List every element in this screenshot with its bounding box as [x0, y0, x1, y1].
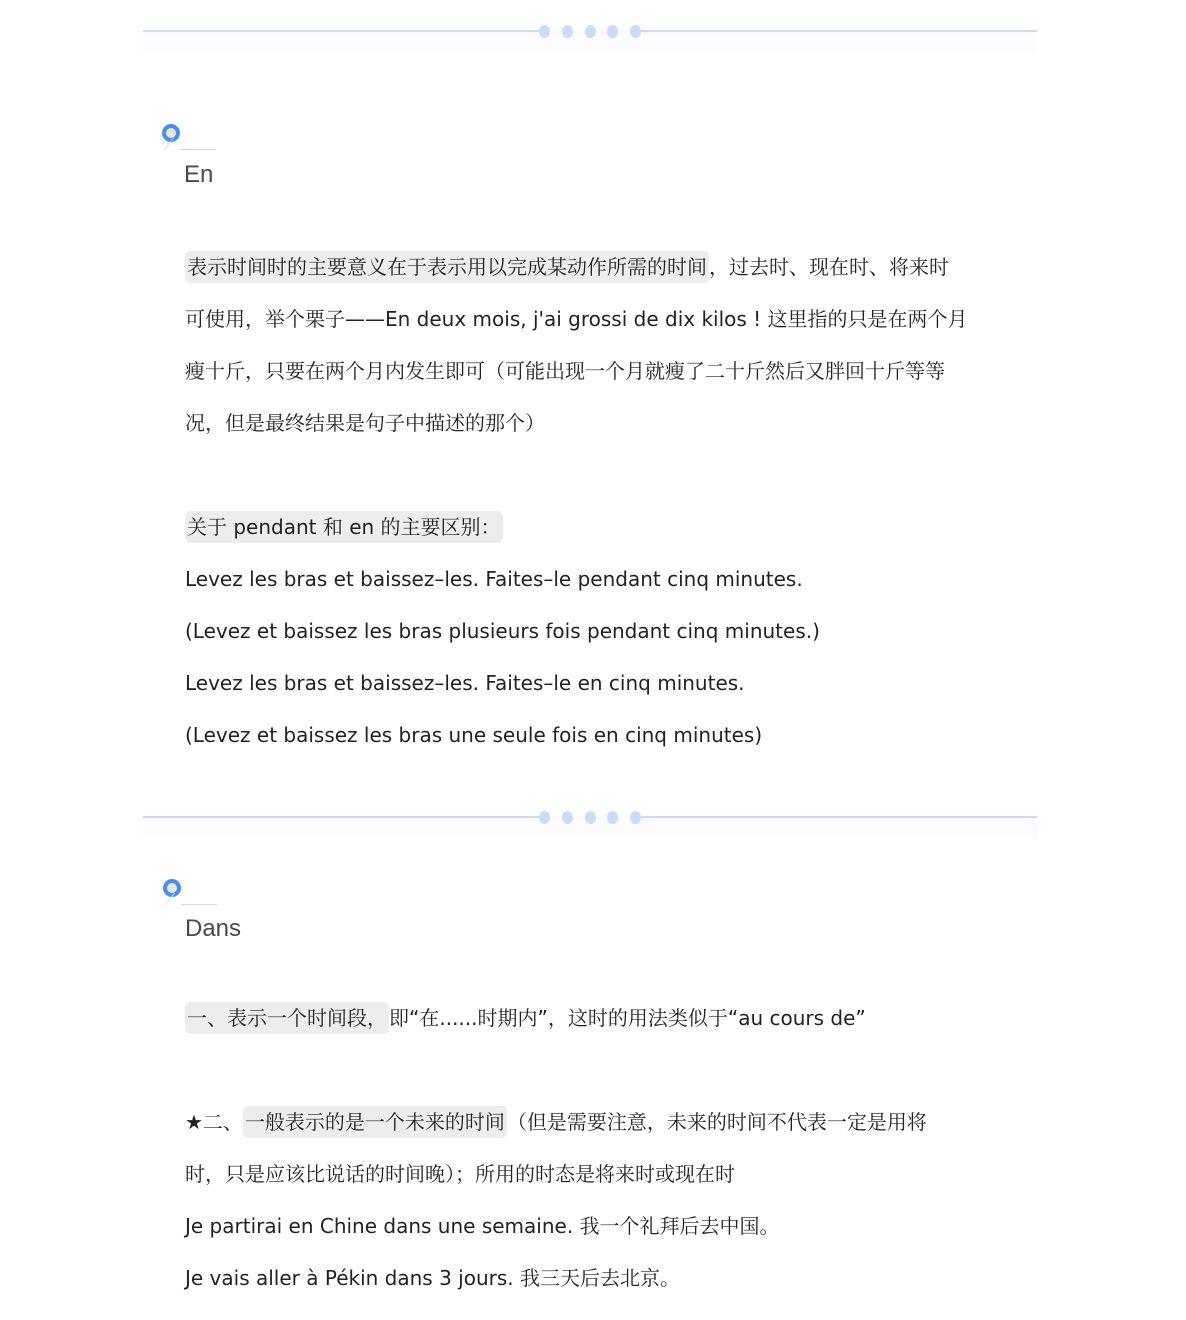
paragraph-en-meaning: 表示时间时的主要意义在于表示用以完成某动作所需的时间，过去时、现在时、将来时 可… — [185, 241, 1035, 449]
section-marker-icon — [162, 124, 222, 164]
section-heading-dans: Dans — [185, 915, 241, 943]
divider-dot — [539, 811, 550, 824]
example-sentence: Levez les bras et baissez–les. Faites–le… — [185, 553, 1035, 605]
paragraph-dans-future: ★二、一般表示的是一个未来的时间（但是需要注意，未来的时间不代表一定是用将 时，… — [185, 1096, 1035, 1304]
paragraph-dans-period: 一、表示一个时间段，即“在......时期内”，这时的用法类似于“au cour… — [185, 992, 1035, 1044]
text-line: 瘦十斤，只要在两个月内发生即可（可能出现一个月就瘦了二十斤然后又胖回十斤等等 — [185, 345, 1035, 397]
divider-line-right — [637, 816, 1037, 818]
section-heading-en: En — [184, 161, 213, 189]
text-line: 关于 pendant 和 en 的主要区别： — [185, 501, 1035, 553]
divider-dot — [585, 25, 596, 38]
divider-dot — [539, 25, 550, 38]
example-sentence: (Levez et baissez les bras une seule foi… — [185, 709, 1035, 761]
text-line: 可使用，举个栗子——En deux mois, j'ai grossi de d… — [185, 293, 1035, 345]
example-sentence: Je partirai en Chine dans une semaine. 我… — [185, 1200, 1035, 1252]
example-sentence: (Levez et baissez les bras plusieurs foi… — [185, 605, 1035, 657]
marker-base-line — [180, 149, 216, 150]
paragraph-pendant-vs-en: 关于 pendant 和 en 的主要区别： Levez les bras et… — [185, 501, 1035, 761]
highlighted-text: 关于 pendant 和 en 的主要区别： — [185, 511, 503, 543]
section-divider-top — [143, 18, 1037, 48]
divider-dots — [539, 24, 641, 38]
divider-dot — [562, 25, 573, 38]
example-sentence: Levez les bras et baissez–les. Faites–le… — [185, 657, 1035, 709]
divider-dot — [562, 811, 573, 824]
text-line: 时，只是应该比说话的时间晚）；所用的时态是将来时或现在时 — [185, 1148, 1035, 1200]
section-divider-middle — [143, 804, 1037, 834]
section-marker-icon — [163, 879, 223, 919]
text-line: 一、表示一个时间段，即“在......时期内”，这时的用法类似于“au cour… — [185, 992, 1035, 1044]
divider-line-left — [143, 816, 543, 818]
star-bullet: ★二、 — [185, 1110, 243, 1134]
divider-dots — [539, 810, 641, 824]
marker-base-line — [181, 904, 217, 905]
text-segment: ，过去时、现在时、将来时 — [709, 255, 949, 279]
divider-dot — [607, 811, 618, 824]
highlighted-text: 一、表示一个时间段， — [185, 1002, 389, 1034]
divider-line-right — [637, 30, 1037, 32]
example-sentence: Je vais aller à Pékin dans 3 jours. 我三天后… — [185, 1252, 1035, 1304]
divider-dot — [607, 25, 618, 38]
text-line: 表示时间时的主要意义在于表示用以完成某动作所需的时间，过去时、现在时、将来时 — [185, 241, 1035, 293]
text-line: 况，但是最终结果是句子中描述的那个） — [185, 397, 1035, 449]
highlighted-text: 一般表示的是一个未来的时间 — [243, 1106, 507, 1138]
text-segment: （但是需要注意，未来的时间不代表一定是用将 — [507, 1110, 927, 1134]
highlighted-text: 表示时间时的主要意义在于表示用以完成某动作所需的时间 — [185, 251, 709, 283]
text-line: ★二、一般表示的是一个未来的时间（但是需要注意，未来的时间不代表一定是用将 — [185, 1096, 1035, 1148]
divider-dot — [585, 811, 596, 824]
divider-line-left — [143, 30, 543, 32]
text-segment: 即“在......时期内”，这时的用法类似于“au cours de” — [389, 1006, 866, 1030]
